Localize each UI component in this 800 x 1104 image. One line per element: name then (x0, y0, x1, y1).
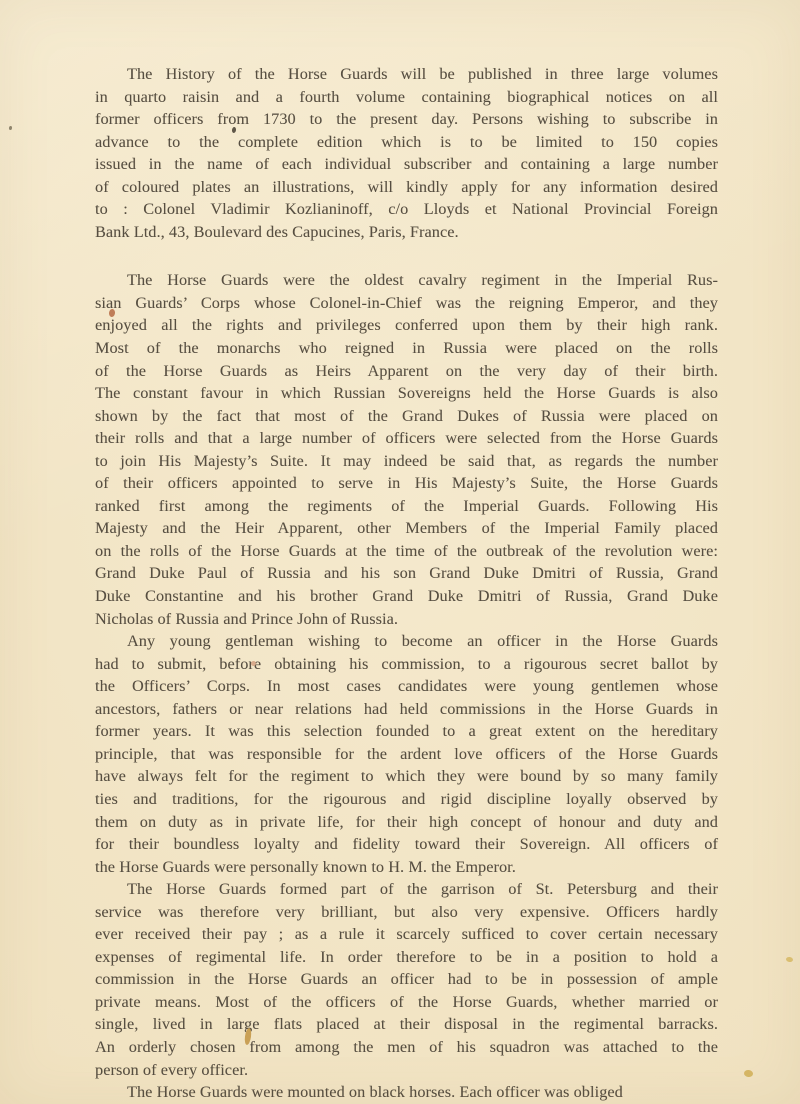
text-line: private means. Most of the officers of t… (95, 991, 718, 1014)
text-line: person of every officer. (95, 1059, 718, 1082)
text-line: ancestors, fathers or near relations had… (95, 698, 718, 721)
paragraph: The Horse Guards were mounted on black h… (95, 1081, 718, 1104)
page-text-block: The History of the Horse Guards will be … (95, 63, 718, 1104)
text-line: Nicholas of Russia and Prince John of Ru… (95, 608, 718, 631)
text-line: of the Horse Guards as Heirs Apparent on… (95, 360, 718, 383)
text-line: ranked first among the regiments of the … (95, 495, 718, 518)
yellow-speck-bottom-right-speck (744, 1069, 754, 1077)
text-line: them on duty as in private life, for the… (95, 811, 718, 834)
text-line: Bank Ltd., 43, Boulevard des Capucines, … (95, 221, 718, 244)
text-line: single, lived in large flats placed at t… (95, 1013, 718, 1036)
paragraph: The Horse Guards were the oldest cavalry… (95, 269, 718, 630)
text-line: of their officers appointed to serve in … (95, 472, 718, 495)
text-line: commission in the Horse Guards an office… (95, 968, 718, 991)
yellow-speck-right-margin-speck (786, 957, 794, 963)
text-line: advance to the complete edition which is… (95, 131, 718, 154)
text-line: on the rolls of the Horse Guards at the … (95, 540, 718, 563)
text-line: expenses of regimental life. In order th… (95, 946, 718, 969)
text-line: of coloured plates an illustrations, wil… (95, 176, 718, 199)
text-line: The History of the Horse Guards will be … (95, 63, 718, 86)
dot-left-edge-speck (9, 126, 13, 130)
text-line: ever received their pay ; as a rule it s… (95, 923, 718, 946)
text-line: An orderly chosen from among the men of … (95, 1036, 718, 1059)
text-line: principle, that was responsible for the … (95, 743, 718, 766)
text-line: Majesty and the Heir Apparent, other Mem… (95, 517, 718, 540)
paragraph: The History of the Horse Guards will be … (95, 63, 718, 243)
paragraph: The Horse Guards formed part of the garr… (95, 878, 718, 1081)
text-line: The Horse Guards were mounted on black h… (95, 1081, 718, 1104)
text-line: have always felt for the regiment to whi… (95, 765, 718, 788)
text-line: issued in the name of each individual su… (95, 153, 718, 176)
text-line: had to submit, before obtaining his comm… (95, 653, 718, 676)
text-line: The Horse Guards were the oldest cavalry… (95, 269, 718, 292)
text-line: to : Colonel Vladimir Kozlianinoff, c/o … (95, 198, 718, 221)
text-line: ties and traditions, for the rigourous a… (95, 788, 718, 811)
text-line: Duke Constantine and his brother Grand D… (95, 585, 718, 608)
scanned-book-page: The History of the Horse Guards will be … (0, 0, 800, 1104)
paragraph: Any young gentleman wishing to become an… (95, 630, 718, 878)
text-line: shown by the fact that most of the Grand… (95, 405, 718, 428)
text-line: former years. It was this selection foun… (95, 720, 718, 743)
text-line: their rolls and that a large number of o… (95, 427, 718, 450)
text-line: The Horse Guards formed part of the garr… (95, 878, 718, 901)
text-line: in quarto raisin and a fourth volume con… (95, 86, 718, 109)
text-line: former officers from 1730 to the present… (95, 108, 718, 131)
text-line: the Horse Guards were personally known t… (95, 856, 718, 879)
text-line: Any young gentleman wishing to become an… (95, 630, 718, 653)
text-line: sian Guards’ Corps whose Colonel-in-Chie… (95, 292, 718, 315)
text-line: service was therefore very brilliant, bu… (95, 901, 718, 924)
text-line: the Officers’ Corps. In most cases candi… (95, 675, 718, 698)
text-line: for their boundless loyalty and fidelity… (95, 833, 718, 856)
text-line: enjoyed all the rights and privileges co… (95, 314, 718, 337)
text-line: The constant favour in which Russian Sov… (95, 382, 718, 405)
text-line: Most of the monarchs who reigned in Russ… (95, 337, 718, 360)
text-line: to join His Majesty’s Suite. It may inde… (95, 450, 718, 473)
text-line: Grand Duke Paul of Russia and his son Gr… (95, 562, 718, 585)
